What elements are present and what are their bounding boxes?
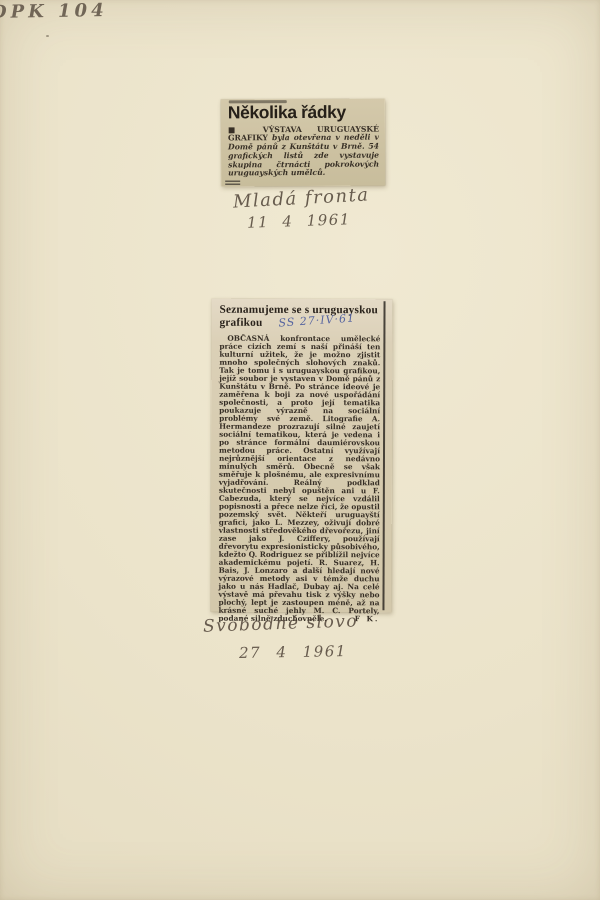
blue-ink-date-annotation: SS 27·IV·61: [278, 313, 355, 331]
handwritten-source-svobodne-slovo: Svobodné slovo: [203, 611, 359, 636]
clipping-large-body: OBČASNÁ konfrontace umělecké práce cizíc…: [218, 334, 380, 623]
handwritten-date-2: 27 4 1961: [239, 642, 347, 662]
scanned-archive-page: { "archive": { "code": "DPK 104" }, "cli…: [0, 0, 600, 900]
print-smudge-bottom: [225, 180, 240, 185]
print-smudge-top: [229, 100, 287, 103]
clipping-small-body: ■ VÝSTAVA URUGUAYSKÉ GRAFIKY byla otevře…: [228, 125, 379, 178]
clipping-small-headline: Několika řádky: [228, 104, 379, 122]
archive-code-annotation: DPK 104: [0, 0, 108, 23]
pencil-speck: [46, 35, 49, 37]
column-rule: [383, 301, 386, 610]
headline-row2: grafikou SS 27·IV·61: [219, 317, 380, 331]
handwritten-date-1: 11 4 1961: [247, 210, 351, 232]
headline-line2: grafikou: [219, 317, 262, 330]
clipping-large-text: OBČASNÁ konfrontace umělecké práce cizíc…: [218, 333, 380, 622]
newspaper-clipping-small: Několika řádky ■ VÝSTAVA URUGUAYSKÉ GRAF…: [221, 99, 385, 187]
newspaper-clipping-large: Seznamujeme se s uruguayskou grafikou SS…: [210, 299, 392, 613]
clipping-large-headline: Seznamujeme se s uruguayskou grafikou SS…: [219, 304, 380, 331]
handwritten-source-mlada-fronta: Mladá fronta: [233, 184, 370, 212]
